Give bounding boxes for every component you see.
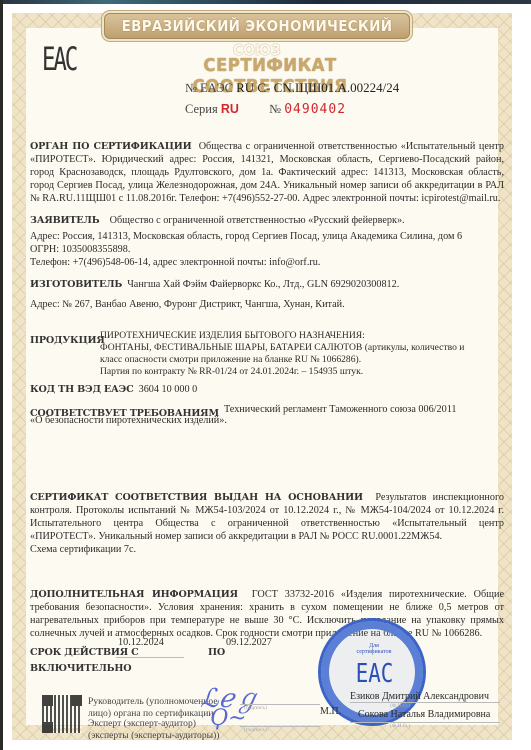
conformity-label: СООТВЕТСТВУЕТ ТРЕБОВАНИЯМ <box>30 408 219 419</box>
product-line-2: ФОНТАНЫ, ФЕСТИВАЛЬНЫЕ ШАРЫ, БАТАРЕИ САЛЮ… <box>100 342 504 354</box>
conformity-section: СООТВЕТСТВУЕТ ТРЕБОВАНИЯМ Технический ре… <box>30 403 504 427</box>
blank-number: 0490402 <box>284 102 346 117</box>
head-sign-caption: (подпись) <box>244 705 267 711</box>
certificate-number: № ЕАЭС RU C- CN.ЩШ01.А.00224/24 <box>185 80 399 96</box>
union-banner: ЕВРАЗИЙСКИЙ ЭКОНОМИЧЕСКИЙ СОЮЗ <box>104 13 410 39</box>
head-name-line <box>350 702 500 703</box>
validity-from-line <box>116 657 184 658</box>
tn-ved-value: 3604 10 000 0 <box>139 384 198 395</box>
tn-ved-label: КОД ТН ВЭД ЕАЭС <box>30 384 134 395</box>
certification-body-section: ОРГАН ПО СЕРТИФИКАЦИИ Общества с огранич… <box>30 140 504 205</box>
product-line-3: класс опасности смотри приложение на бла… <box>100 354 504 366</box>
manufacturer-address: Адрес: № 267, Ванбао Авеню, Фуронг Дистр… <box>30 298 504 311</box>
certification-scheme: Схема сертификации 7с. <box>30 543 504 556</box>
expert-name: Сокова Наталья Владимировна <box>358 708 518 721</box>
additional-info-label: ДОПОЛНИТЕЛЬНАЯ ИНФОРМАЦИЯ <box>30 589 238 600</box>
tn-ved-section: КОД ТН ВЭД ЕАЭС 3604 10 000 0 <box>30 383 504 396</box>
expert-label-2: (эксперты (эксперты-аудиторы)) <box>88 730 248 742</box>
additional-info-section: ДОПОЛНИТЕЛЬНАЯ ИНФОРМАЦИЯ ГОСТ 33732-201… <box>30 588 504 640</box>
number-value: RU C- CN.ЩШ01.А.00224/24 <box>236 80 399 95</box>
manufacturer-label: ИЗГОТОВИТЕЛЬ <box>30 279 122 290</box>
series-label: Серия <box>185 102 218 116</box>
product-line-1: ПИРОТЕХНИЧЕСКИЕ ИЗДЕЛИЯ БЫТОВОГО НАЗНАЧЕ… <box>100 330 504 342</box>
applicant-label: ЗАЯВИТЕЛЬ <box>30 215 99 226</box>
validity-to-label: ПО <box>208 646 225 659</box>
series-value: RU <box>221 102 239 116</box>
product-section: ПРОДУКЦИЯ ПИРОТЕХНИЧЕСКИЕ ИЗДЕЛИЯ БЫТОВО… <box>30 330 504 378</box>
qr-code-icon[interactable] <box>42 695 82 733</box>
conformity-text-1: Технический регламент Таможенного союза … <box>224 404 457 415</box>
blank-label: № <box>269 102 281 116</box>
expert-name-line <box>350 722 500 723</box>
manufacturer-name: Чангша Хай Фэйм Файерворкс Ко., Лтд., GL… <box>127 279 399 290</box>
expert-sign-caption: (подпись) <box>244 727 267 733</box>
scan-left-edge <box>0 0 3 750</box>
series-row: Серия RU № 0490402 <box>185 102 346 117</box>
applicant-name: Общество с ограниченной ответственностью… <box>110 215 405 226</box>
product-label: ПРОДУКЦИЯ <box>30 334 105 347</box>
expert-name-caption: (Ф.И.О.) <box>390 723 410 729</box>
stamp-eac-icon: ЕАС <box>356 659 394 689</box>
applicant-section: ЗАЯВИТЕЛЬ Общество с ограниченной ответс… <box>30 214 504 227</box>
manufacturer-section: ИЗГОТОВИТЕЛЬ Чангша Хай Фэйм Файерворкс … <box>30 252 504 291</box>
basis-section: СЕРТИФИКАТ СООТВЕТСТВИЯ ВЫДАН НА ОСНОВАН… <box>30 491 504 556</box>
applicant-address: Адрес: Россия, 141313, Московская област… <box>30 230 504 243</box>
certification-body-label: ОРГАН ПО СЕРТИФИКАЦИИ <box>30 141 192 152</box>
product-line-4: Партия по контракту № RR-01/24 от 24.01.… <box>100 366 504 378</box>
eac-logo-icon: ЕАС <box>42 40 76 78</box>
number-label: № ЕАЭС <box>185 81 233 95</box>
basis-label: СЕРТИФИКАТ СООТВЕТСТВИЯ ВЫДАН НА ОСНОВАН… <box>30 492 363 503</box>
validity-inclusive: ВКЛЮЧИТЕЛЬНО <box>30 662 131 675</box>
expert-signature: Ϙ~ <box>210 706 246 731</box>
validity-from-date: 10.12.2024 <box>118 636 164 649</box>
scan-top-edge <box>0 0 531 4</box>
validity-to-date: 09.12.2027 <box>226 636 272 649</box>
stamp-text: Для сертификатов <box>354 643 394 655</box>
